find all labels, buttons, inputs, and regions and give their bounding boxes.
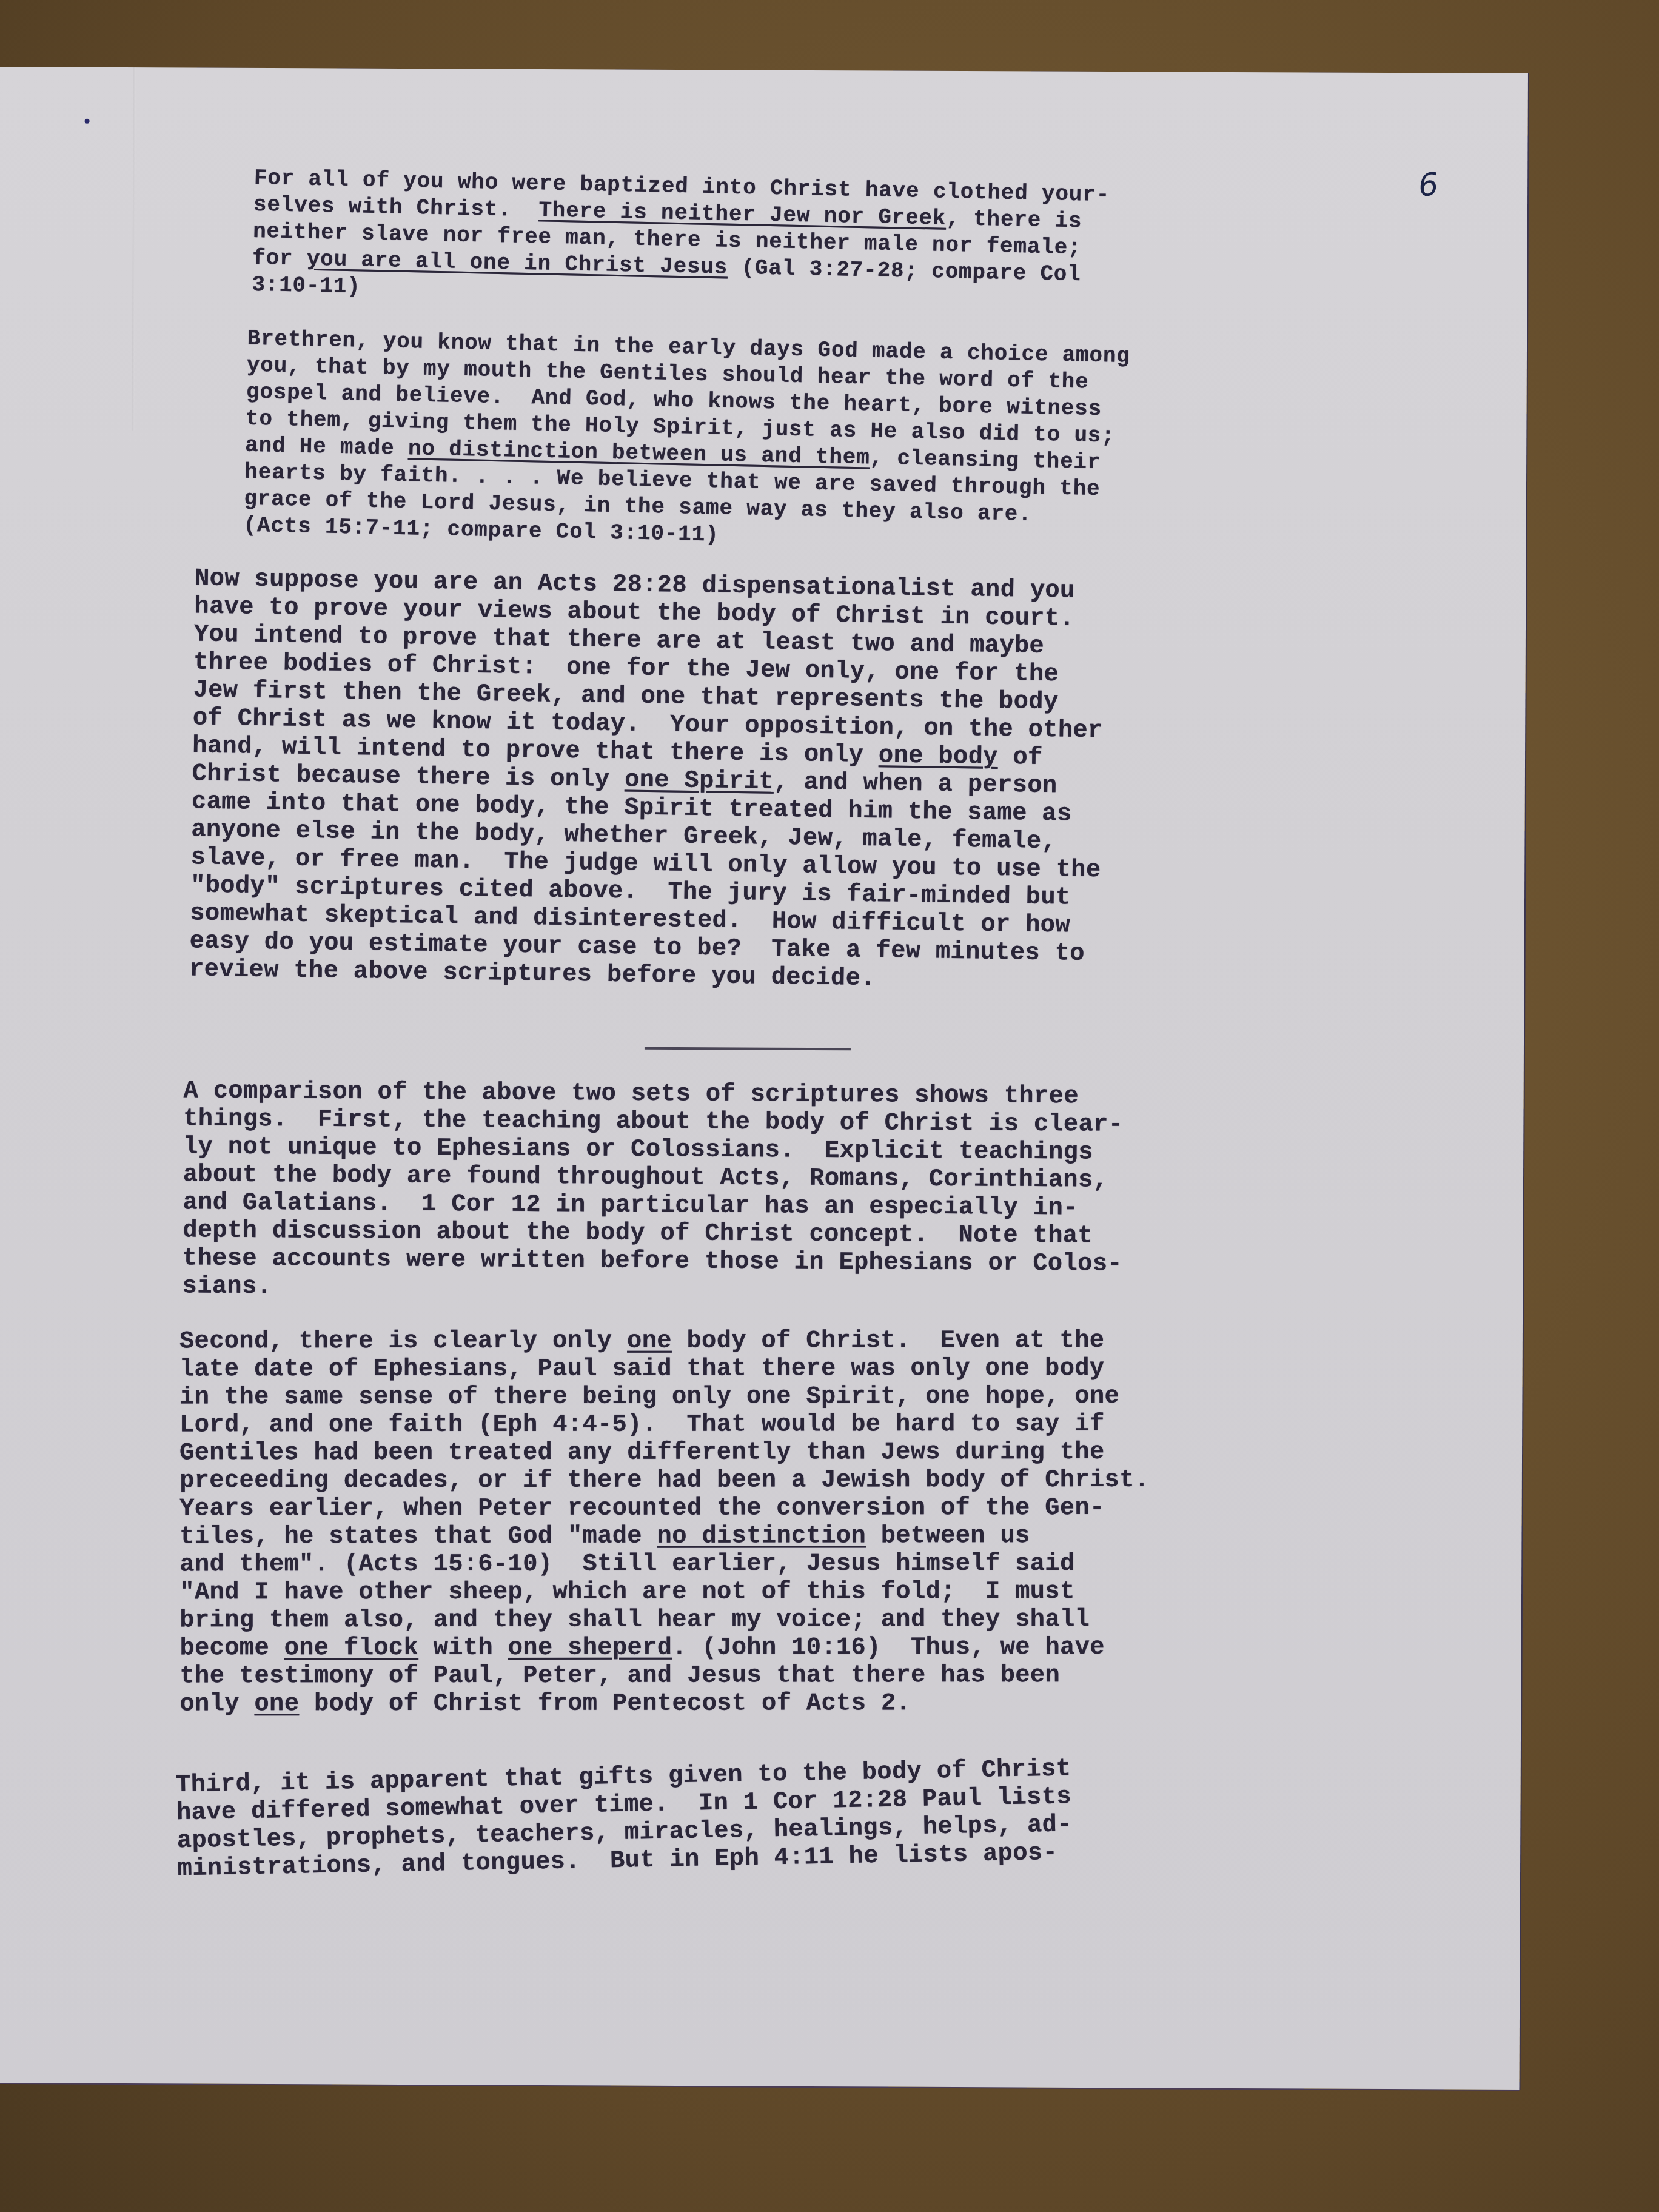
underlined-emphasis: one: [254, 1690, 299, 1718]
text-line: tiles, he states that God "made no disti…: [179, 1522, 1149, 1550]
underlined-emphasis: no distinction: [657, 1522, 866, 1550]
underlined-emphasis: one Spirit: [625, 766, 774, 796]
text-segment: between us: [866, 1522, 1030, 1550]
text-line: sians.: [182, 1272, 1122, 1305]
page-number: 6: [1417, 166, 1439, 204]
paragraph-third-point: Third, it is apparent that gifts given t…: [176, 1755, 1073, 1883]
text-line: late date of Ephesians, Paul said that t…: [179, 1355, 1149, 1383]
text-line: and them". (Acts 15:6-10) Still earlier,…: [179, 1550, 1149, 1578]
text-segment: bring them also, and they shall hear my …: [179, 1606, 1090, 1634]
text-line: "And I have other sheep, which are not o…: [179, 1578, 1149, 1606]
text-segment: only: [179, 1690, 254, 1718]
text-segment: with: [418, 1634, 508, 1662]
text-segment: tiles, he states that God "made: [179, 1523, 657, 1551]
text-segment: preceeding decades, or if there had been…: [179, 1466, 1149, 1495]
underlined-emphasis: one body: [879, 742, 998, 771]
text-segment: for: [252, 246, 307, 272]
text-line: only one body of Christ from Pentecost o…: [179, 1689, 1149, 1718]
underlined-emphasis: one sheperd: [508, 1634, 672, 1662]
text-segment: . (John 10:16) Thus, we have: [672, 1634, 1105, 1662]
text-line: in the same sense of there being only on…: [179, 1382, 1149, 1411]
text-line: Second, there is clearly only one body o…: [179, 1327, 1149, 1355]
text-line: the testimony of Paul, Peter, and Jesus …: [179, 1661, 1149, 1690]
text-segment: Second, there is clearly only: [179, 1327, 627, 1356]
text-line: these accounts were written before those…: [183, 1244, 1122, 1278]
text-segment: become: [179, 1634, 284, 1662]
text-segment: the testimony of Paul, Peter, and Jesus …: [179, 1661, 1060, 1690]
text-segment: these accounts were written before those…: [183, 1244, 1122, 1278]
text-line: become one flock with one sheperd. (John…: [179, 1634, 1149, 1662]
text-line: Gentiles had been treated any differentl…: [179, 1438, 1149, 1467]
text-segment: body of Christ from Pentecost of Acts 2.: [299, 1689, 911, 1718]
text-segment: sians.: [182, 1272, 272, 1301]
text-segment: , there is: [946, 206, 1082, 233]
text-line: preceeding decades, or if there had been…: [179, 1466, 1149, 1495]
text-line: Years earlier, when Peter recounted the …: [179, 1494, 1149, 1523]
text-segment: in the same sense of there being only on…: [179, 1382, 1119, 1411]
paragraph-second-point: Second, there is clearly only one body o…: [179, 1327, 1150, 1718]
ink-speck: [85, 119, 90, 124]
underlined-emphasis: one flock: [284, 1634, 418, 1662]
text-segment: 3:10-11): [252, 272, 361, 300]
document-page: 6 For all of you who were baptized into …: [0, 67, 1528, 2090]
text-segment: "And I have other sheep, which are not o…: [179, 1578, 1074, 1606]
block-quote-acts: Brethren, you know that in the early day…: [243, 326, 1130, 557]
paragraph-court-scenario: Now suppose you are an Acts 28:28 dispen…: [189, 565, 1105, 996]
text-segment: and He made: [245, 433, 409, 461]
text-line: bring them also, and they shall hear my …: [179, 1606, 1149, 1634]
text-segment: body of Christ. Even at the: [672, 1327, 1105, 1355]
text-segment: Years earlier, when Peter recounted the …: [179, 1494, 1104, 1523]
text-segment: and them". (Acts 15:6-10) Still earlier,…: [179, 1550, 1074, 1578]
text-segment: Lord, and one faith (Eph 4:4-5). That wo…: [179, 1410, 1104, 1439]
paper-fold-crease: [132, 67, 136, 431]
text-line: Lord, and one faith (Eph 4:4-5). That wo…: [179, 1410, 1149, 1439]
text-segment: late date of Ephesians, Paul said that t…: [179, 1355, 1104, 1383]
underlined-emphasis: one: [627, 1327, 672, 1355]
text-segment: Gentiles had been treated any differentl…: [179, 1438, 1104, 1467]
text-segment: , cleansing their: [870, 446, 1101, 475]
section-divider: [645, 1047, 851, 1050]
text-segment: , and when a person: [774, 768, 1057, 800]
text-segment: selves with Christ.: [253, 192, 539, 223]
text-segment: of: [997, 743, 1042, 772]
paragraph-comparison-first: A comparison of the above two sets of sc…: [182, 1077, 1123, 1305]
block-quote-galatians: For all of you who were baptized into Ch…: [252, 165, 1110, 315]
